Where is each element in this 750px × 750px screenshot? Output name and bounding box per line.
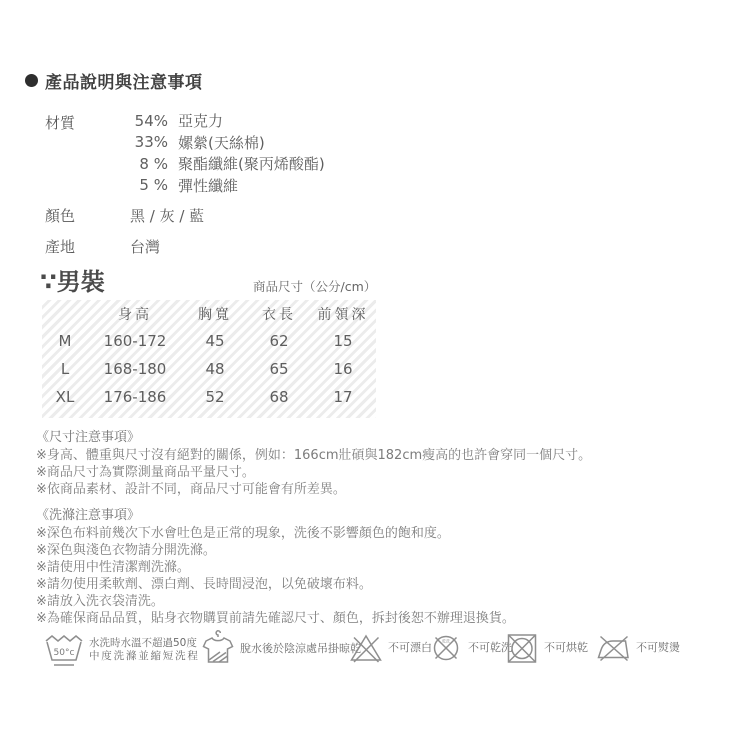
wash-50-mild-icon: 50°c bbox=[43, 630, 85, 670]
col-header-neck: 前領深 bbox=[310, 303, 376, 327]
chest-cell: 52 bbox=[182, 383, 248, 411]
care-label-no-tumble-dry: 不可烘乾 bbox=[544, 639, 588, 655]
material-row: 54% 亞克力 bbox=[130, 110, 325, 132]
material-percent: 54% bbox=[130, 112, 168, 130]
size-cell: XL bbox=[42, 383, 88, 411]
length-cell: 62 bbox=[248, 327, 310, 355]
care-item-no-bleach: 不可漂白 bbox=[349, 630, 432, 664]
care-item-no-iron: 不可熨燙 bbox=[595, 630, 680, 664]
care-label-hang-dry: 脫水後於陰涼處吊掛晾乾 bbox=[240, 640, 361, 656]
material-percent: 5 % bbox=[130, 176, 168, 194]
material-percent: 33% bbox=[130, 133, 168, 151]
material-label: 材質 bbox=[45, 112, 75, 133]
care-item-no-dry-clean: 乾洗 不可乾洗 bbox=[429, 630, 512, 664]
no-iron-icon bbox=[595, 630, 631, 664]
neck-cell: 15 bbox=[310, 327, 376, 355]
care-item-wash: 50°c 水洗時水溫不超過50度 中度洗滌並縮短洗程 bbox=[43, 630, 200, 670]
size-table: 身高 胸寬 衣長 前領深 M 160-172 45 62 15 L 168-18… bbox=[42, 300, 376, 418]
length-cell: 65 bbox=[248, 355, 310, 383]
product-description-page: 產品說明與注意事項 材質 54% 亞克力 33% 嫘縈(天絲棉) 8 % 聚酯纖… bbox=[0, 0, 750, 750]
height-cell: 168-180 bbox=[88, 355, 182, 383]
height-cell: 160-172 bbox=[88, 327, 182, 355]
origin-label: 產地 bbox=[45, 236, 75, 257]
size-cell: L bbox=[42, 355, 88, 383]
neck-cell: 16 bbox=[310, 355, 376, 383]
color-value: 黑 / 灰 / 藍 bbox=[130, 205, 204, 226]
chest-cell: 45 bbox=[182, 327, 248, 355]
mens-section-heading: ∵男裝 bbox=[40, 262, 105, 297]
note-line: ※依商品素材、設計不同，商品尺寸可能會有所差異。 bbox=[36, 481, 591, 498]
col-header-chest: 胸寬 bbox=[182, 303, 248, 327]
wash-temp-text: 50°c bbox=[54, 648, 75, 658]
no-bleach-icon bbox=[349, 630, 383, 664]
material-name: 彈性纖維 bbox=[178, 175, 238, 196]
section-title-row: 產品說明與注意事項 bbox=[25, 68, 203, 93]
length-cell: 68 bbox=[248, 383, 310, 411]
wash-notes-heading: 《洗滌注意事項》 bbox=[36, 507, 515, 524]
hang-dry-shade-icon bbox=[201, 630, 235, 666]
no-dry-clean-icon: 乾洗 bbox=[429, 630, 463, 664]
chest-cell: 48 bbox=[182, 355, 248, 383]
note-line: ※請勿使用柔軟劑、漂白劑、長時間浸泡，以免破壞布料。 bbox=[36, 576, 515, 593]
note-line: ※請放入洗衣袋清洗。 bbox=[36, 593, 515, 610]
care-label-wash: 水洗時水溫不超過50度 中度洗滌並縮短洗程 bbox=[89, 637, 200, 663]
note-line: ※深色布料前幾次下水會吐色是正常的現象，洗後不影響顏色的飽和度。 bbox=[36, 525, 515, 542]
size-table-corner bbox=[42, 303, 88, 327]
origin-value: 台灣 bbox=[130, 236, 160, 257]
material-row: 33% 嫘縈(天絲棉) bbox=[130, 132, 325, 154]
note-line: ※身高、體重與尺寸沒有絕對的關係，例如：166cm壯碩與182cm瘦高的也許會穿… bbox=[36, 447, 591, 464]
no-tumble-dry-icon bbox=[505, 630, 539, 664]
note-line: ※深色與淺色衣物請分開洗滌。 bbox=[36, 542, 515, 559]
size-cell: M bbox=[42, 327, 88, 355]
size-notes: 《尺寸注意事項》 ※身高、體重與尺寸沒有絕對的關係，例如：166cm壯碩與182… bbox=[36, 429, 591, 498]
material-row: 5 % 彈性纖維 bbox=[130, 175, 325, 197]
note-line: ※為確保商品品質，貼身衣物購買前請先確認尺寸、顏色，拆封後恕不辦理退換貨。 bbox=[36, 610, 515, 627]
wash-notes: 《洗滌注意事項》 ※深色布料前幾次下水會吐色是正常的現象，洗後不影響顏色的飽和度… bbox=[36, 507, 515, 627]
page-title: 產品說明與注意事項 bbox=[45, 68, 203, 93]
material-name: 亞克力 bbox=[178, 110, 223, 131]
bullet-icon bbox=[25, 74, 38, 87]
care-instructions-row: 50°c 水洗時水溫不超過50度 中度洗滌並縮短洗程 脫水後於陰涼處吊掛晾乾 bbox=[0, 630, 750, 670]
note-line: ※商品尺寸為實際測量商品平量尺寸。 bbox=[36, 464, 591, 481]
neck-cell: 17 bbox=[310, 383, 376, 411]
col-header-height: 身高 bbox=[88, 303, 182, 327]
dry-clean-inner-text: 乾洗 bbox=[442, 638, 450, 644]
care-label-no-iron: 不可熨燙 bbox=[636, 639, 680, 655]
col-header-length: 衣長 bbox=[248, 303, 310, 327]
material-values: 54% 亞克力 33% 嫘縈(天絲棉) 8 % 聚酯纖維(聚丙烯酸酯) 5 % … bbox=[130, 110, 325, 196]
care-label-no-bleach: 不可漂白 bbox=[388, 639, 432, 655]
care-item-no-tumble-dry: 不可烘乾 bbox=[505, 630, 588, 664]
care-item-hang-dry: 脫水後於陰涼處吊掛晾乾 bbox=[201, 630, 361, 666]
color-label: 顏色 bbox=[45, 205, 75, 226]
size-notes-heading: 《尺寸注意事項》 bbox=[36, 429, 591, 446]
material-row: 8 % 聚酯纖維(聚丙烯酸酯) bbox=[130, 153, 325, 175]
material-percent: 8 % bbox=[130, 155, 168, 173]
material-name: 嫘縈(天絲棉) bbox=[178, 132, 265, 153]
note-line: ※請使用中性清潔劑洗滌。 bbox=[36, 559, 515, 576]
height-cell: 176-186 bbox=[88, 383, 182, 411]
material-name: 聚酯纖維(聚丙烯酸酯) bbox=[178, 153, 325, 174]
size-unit-note: 商品尺寸（公分/cm） bbox=[253, 277, 376, 295]
